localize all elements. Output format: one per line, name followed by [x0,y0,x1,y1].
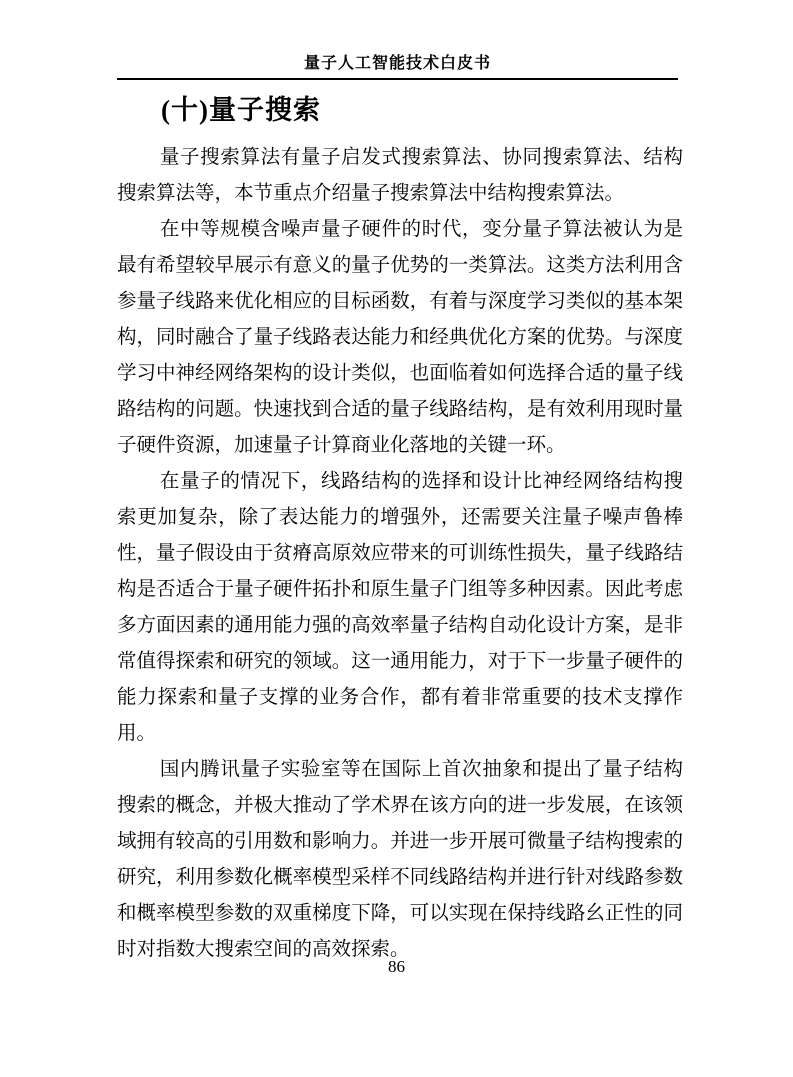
body-paragraph-2: 在中等规模含噪声量子硬件的时代，变分量子算法被认为是最有希望较早展示有意义的量子… [117,212,683,464]
body-paragraph-4: 国内腾讯量子实验室等在国际上首次抽象和提出了量子结构搜索的概念，并极大推动了学术… [117,752,683,968]
body-paragraph-3: 在量子的情况下，线路结构的选择和设计比神经网络结构搜索更加复杂，除了表达能力的增… [117,464,683,752]
page-number: 86 [0,957,793,977]
page-header: 量子人工智能技术白皮书 [117,50,678,80]
section-title: (十)量子搜索 [161,88,321,127]
document-page: 量子人工智能技术白皮书 (十)量子搜索 量子搜索算法有量子启发式搜索算法、协同搜… [0,0,793,1077]
document-body: 量子搜索算法有量子启发式搜索算法、协同搜索算法、结构搜索算法等，本节重点介绍量子… [117,140,683,968]
body-paragraph-1: 量子搜索算法有量子启发式搜索算法、协同搜索算法、结构搜索算法等，本节重点介绍量子… [117,140,683,212]
header-title: 量子人工智能技术白皮书 [304,55,491,72]
